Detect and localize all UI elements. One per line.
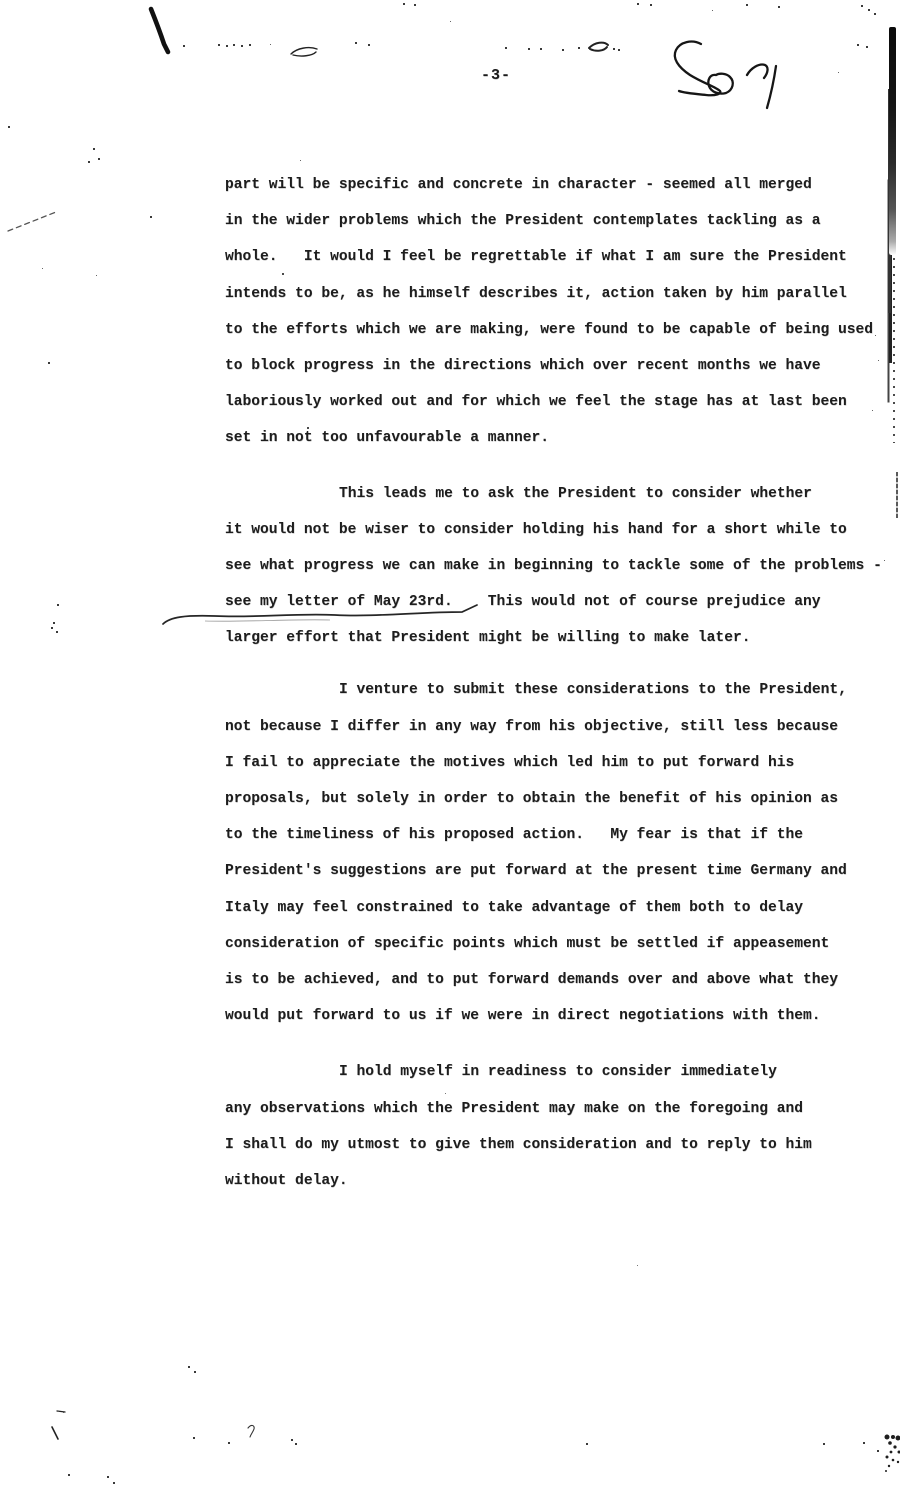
text-line: proposals, but solely in order to obtain… <box>225 781 882 817</box>
text-line: in the wider problems which the Presiden… <box>225 203 882 239</box>
paragraph: I hold myself in readiness to consider i… <box>225 1054 882 1199</box>
scan-edge-artifact <box>893 258 895 443</box>
text-line: I hold myself in readiness to consider i… <box>225 1054 882 1090</box>
text-line: any observations which the President may… <box>225 1091 882 1127</box>
text-line: to the timeliness of his proposed action… <box>225 817 882 853</box>
text-line: would put forward to us if we were in di… <box>225 998 882 1034</box>
scan-edge-artifact <box>896 472 898 518</box>
text-line: I venture to submit these considerations… <box>225 672 882 708</box>
scanned-letter-page: -3- part will be specific and concrete i… <box>0 0 900 1485</box>
text-line: set in not too unfavourable a manner. <box>225 420 882 456</box>
text-line: I fail to appreciate the motives which l… <box>225 745 882 781</box>
ink-blob-bottom-right <box>885 1435 900 1473</box>
paragraph: This leads me to ask the President to co… <box>225 476 882 657</box>
text-line: larger effort that President might be wi… <box>225 620 882 656</box>
scan-speckles <box>0 0 1 1</box>
text-line: to the efforts which we are making, were… <box>225 312 882 348</box>
text-line: part will be specific and concrete in ch… <box>225 167 882 203</box>
page-number: -3- <box>481 67 511 84</box>
text-line: see what progress we can make in beginni… <box>225 548 882 584</box>
letter-body: part will be specific and concrete in ch… <box>225 167 882 1199</box>
text-line-underlined-reference: see my letter of May 23rd. This would no… <box>225 584 882 620</box>
text-line: without delay. <box>225 1163 882 1199</box>
text-line: not because I differ in any way from his… <box>225 709 882 745</box>
text-line: laboriously worked out and for which we … <box>225 384 882 420</box>
text-line: intends to be, as he himself describes i… <box>225 276 882 312</box>
paragraph: I venture to submit these considerations… <box>225 672 882 1034</box>
text-line: President's suggestions are put forward … <box>225 853 882 889</box>
text-line: Italy may feel constrained to take advan… <box>225 890 882 926</box>
text-line: is to be achieved, and to put forward de… <box>225 962 882 998</box>
pen-stroke-mark <box>151 9 168 52</box>
handwritten-so4-annotation <box>675 42 776 108</box>
text-line: I shall do my utmost to give them consid… <box>225 1127 882 1163</box>
paragraph: part will be specific and concrete in ch… <box>225 167 882 457</box>
text-line: whole. It would I feel be regrettable if… <box>225 239 882 275</box>
scan-edge-artifact <box>889 27 896 255</box>
text-line: This leads me to ask the President to co… <box>225 476 882 512</box>
text-line: to block progress in the directions whic… <box>225 348 882 384</box>
text-line: consideration of specific points which m… <box>225 926 882 962</box>
text-line: it would not be wiser to consider holdin… <box>225 512 882 548</box>
